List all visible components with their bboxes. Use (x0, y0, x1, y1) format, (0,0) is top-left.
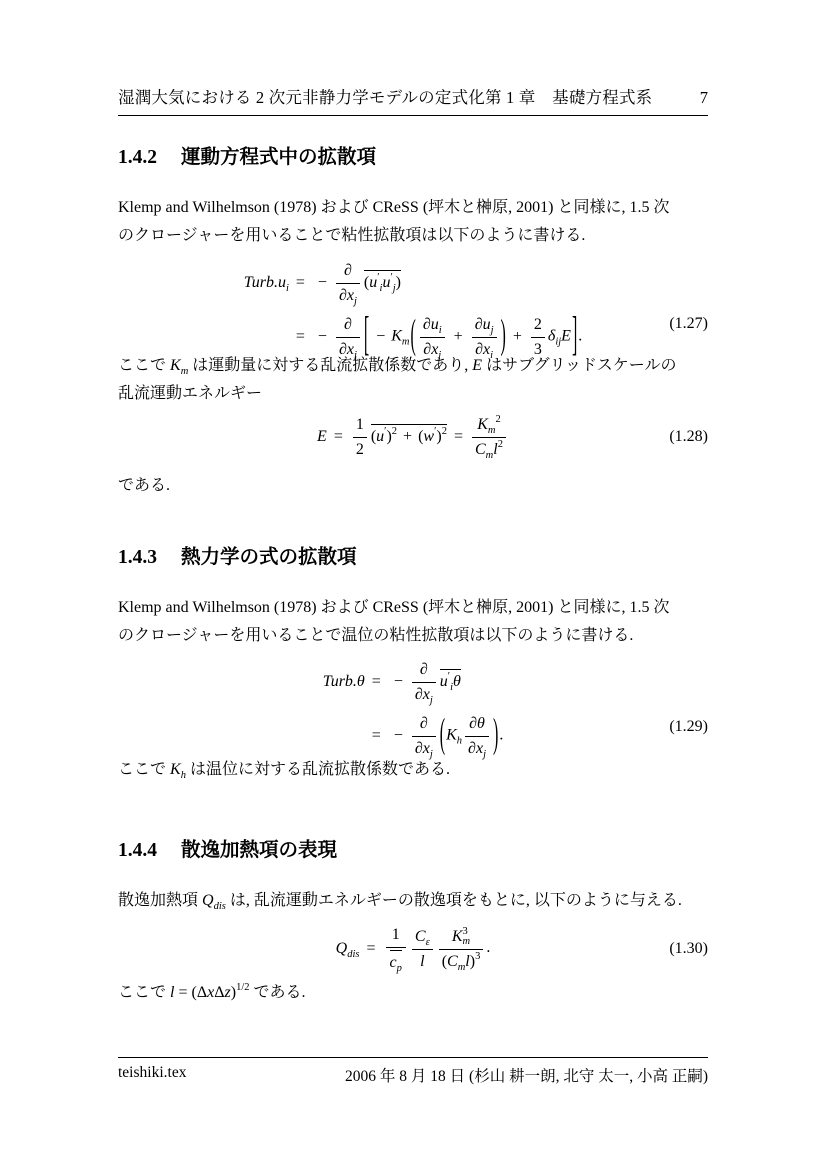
equals-sign: = (365, 709, 388, 763)
equation-lhs: Turb.θ (323, 655, 365, 709)
equation-number: (1.28) (669, 427, 708, 447)
paragraph-kh-definition: ここで Kh は温位に対する乱流拡散係数である. (118, 756, 708, 784)
equation-lhs: E (317, 410, 327, 464)
equation-rhs: −∂∂xju′iθ (388, 655, 503, 709)
equation-number: (1.27) (669, 314, 708, 334)
equation-rhs: 1cpCεlK3m(Cml)3. (383, 920, 491, 977)
paragraph-closure-theta: Klemp and Wilhelmson (1978) および CReSS (坪… (118, 594, 708, 650)
equals-sign: = (365, 655, 388, 709)
section-heading-1-4-3: 1.4.3熱力学の式の拡散項 (118, 541, 708, 569)
section-title: 散逸加熱項の表現 (181, 839, 337, 861)
section-number: 1.4.4 (118, 840, 157, 861)
section-number: 1.4.2 (118, 147, 157, 168)
section-number: 1.4.3 (118, 547, 157, 568)
footer-date-authors: 2006 年 8 月 18 日 (杉山 耕一朗, 北守 太一, 小高 正嗣) (345, 1064, 708, 1086)
paragraph-km-definition: ここで Km は運動量に対する乱流拡散係数であり, E はサブグリッドスケールの… (118, 352, 708, 408)
equation-1-28: E = 12(u′)2+(w′)2=Km2Cml2 (1.28) (118, 410, 708, 464)
equals-sign: = (327, 410, 350, 464)
section-heading-1-4-4: 1.4.4散逸加熱項の表現 (118, 834, 708, 862)
equation-1-30: Qdis = 1cpCεlK3m(Cml)3. (1.30) (118, 920, 708, 977)
running-head: 湿潤大気における 2 次元非静力学モデルの定式化第 1 章 基礎方程式系 (118, 84, 652, 108)
equals-sign: = (360, 920, 383, 977)
page-content: 湿潤大気における 2 次元非静力学モデルの定式化第 1 章 基礎方程式系 7 1… (118, 0, 708, 1169)
equation-body: Turb.θ = −∂∂xju′iθ = −∂∂xj(Kh∂θ∂xj). (323, 655, 504, 763)
paragraph-qdis-intro: 散逸加熱項 Qdis は, 乱流運動エネルギーの散逸項をもとに, 以下のように与… (118, 887, 708, 915)
equation-lhs: Qdis (336, 920, 360, 977)
equation-lhs (323, 709, 365, 763)
section-heading-1-4-2: 1.4.2運動方程式中の拡散項 (118, 141, 708, 169)
equation-number: (1.29) (669, 717, 708, 737)
page-number: 7 (700, 88, 708, 108)
equation-body: E = 12(u′)2+(w′)2=Km2Cml2 (317, 410, 509, 464)
paragraph-l-definition: ここで l = (ΔxΔz)1/2 である. (118, 979, 708, 1007)
page-header: 湿潤大気における 2 次元非静力学モデルの定式化第 1 章 基礎方程式系 7 (118, 84, 708, 116)
equation-1-29: Turb.θ = −∂∂xju′iθ = −∂∂xj(Kh∂θ∂xj). (1.… (118, 655, 708, 763)
paragraph-closure-momentum: Klemp and Wilhelmson (1978) および CReSS (坪… (118, 194, 708, 250)
section-title: 熱力学の式の拡散項 (181, 546, 357, 568)
equation-rhs: 12(u′)2+(w′)2=Km2Cml2 (350, 410, 509, 464)
section-title: 運動方程式中の拡散項 (181, 146, 376, 168)
page-footer: teishiki.tex 2006 年 8 月 18 日 (杉山 耕一朗, 北守… (118, 1057, 708, 1086)
document-page: 湿潤大気における 2 次元非静力学モデルの定式化第 1 章 基礎方程式系 7 1… (0, 0, 826, 1169)
equation-1-27: Turb.ui = −∂∂xj(u′iu′j) = −∂∂xj[−Km(∂ui∂… (118, 256, 708, 364)
equals-sign: = (289, 256, 312, 310)
equation-body: Turb.ui = −∂∂xj(u′iu′j) = −∂∂xj[−Km(∂ui∂… (244, 256, 583, 364)
equation-body: Qdis = 1cpCεlK3m(Cml)3. (336, 920, 491, 977)
footer-filename: teishiki.tex (118, 1064, 186, 1082)
equation-rhs: −∂∂xj(Kh∂θ∂xj). (388, 709, 503, 763)
equation-rhs: −∂∂xj(u′iu′j) (312, 256, 582, 310)
equation-number: (1.30) (669, 939, 708, 959)
equation-lhs: Turb.ui (244, 256, 289, 310)
paragraph-dearu: である. (118, 472, 708, 500)
